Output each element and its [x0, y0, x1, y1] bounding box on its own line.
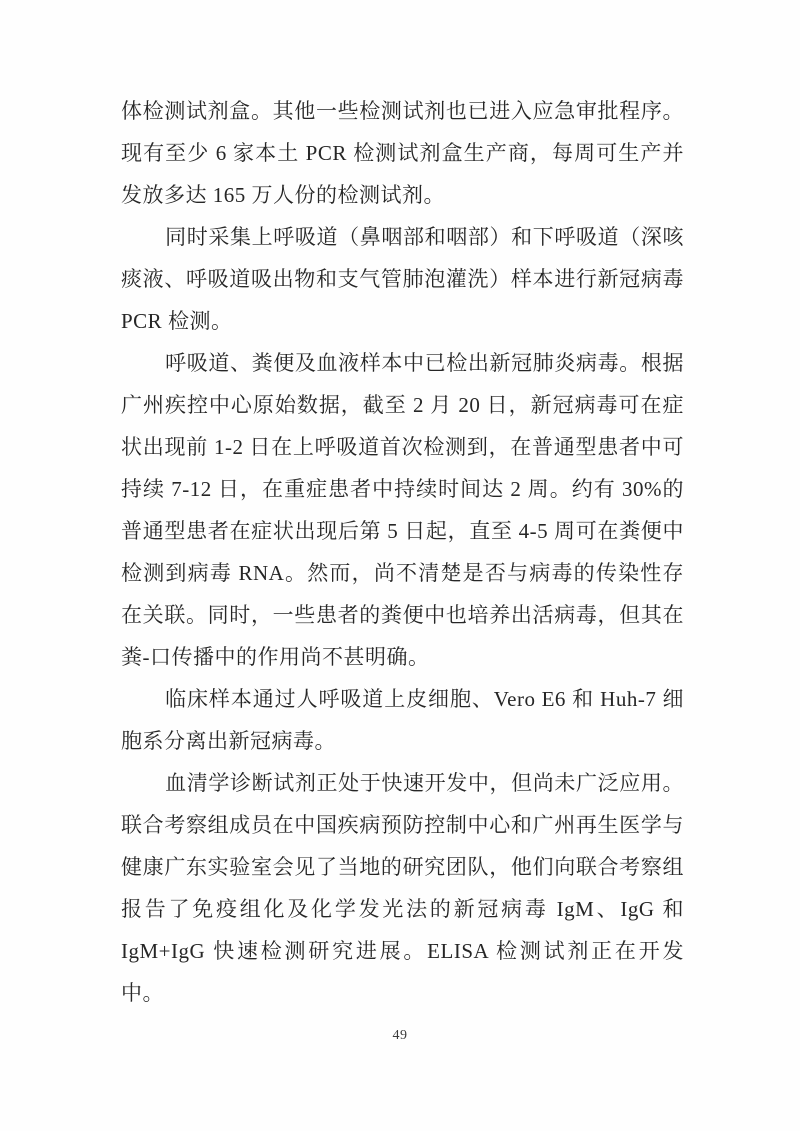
paragraph-virus-detection-timeline: 呼吸道、粪便及血液样本中已检出新冠肺炎病毒。根据广州疾控中心原始数据，截至 2 … [121, 342, 684, 678]
paragraph-sample-collection: 同时采集上呼吸道（鼻咽部和咽部）和下呼吸道（深咳痰液、呼吸道吸出物和支气管肺泡灌… [121, 216, 684, 342]
page-number: 49 [0, 1026, 800, 1046]
paragraph-reagent-kits: 体检测试剂盒。其他一些检测试剂也已进入应急审批程序。现有至少 6 家本土 PCR… [121, 90, 684, 216]
paragraph-serology-development: 血清学诊断试剂正处于快速开发中，但尚未广泛应用。联合考察组成员在中国疾病预防控制… [121, 762, 684, 1014]
document-page: 体检测试剂盒。其他一些检测试剂也已进入应急审批程序。现有至少 6 家本土 PCR… [0, 0, 800, 1131]
page-body: 体检测试剂盒。其他一些检测试剂也已进入应急审批程序。现有至少 6 家本土 PCR… [121, 90, 684, 1014]
paragraph-cell-lines: 临床样本通过人呼吸道上皮细胞、Vero E6 和 Huh-7 细胞系分离出新冠病… [121, 678, 684, 762]
